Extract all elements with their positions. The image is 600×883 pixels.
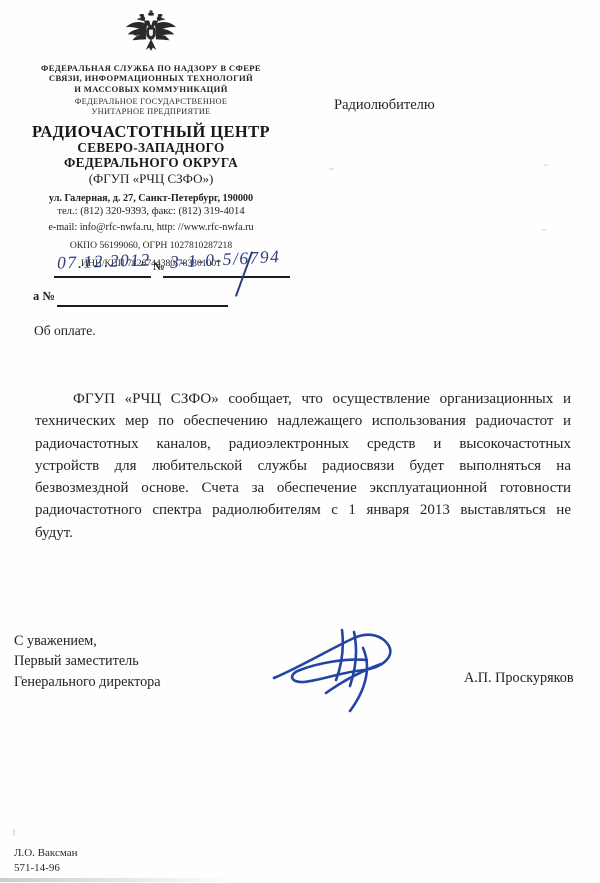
signoff-title-line1: Первый заместитель bbox=[14, 651, 161, 671]
date-underline bbox=[54, 276, 151, 278]
handwritten-signature bbox=[262, 608, 412, 718]
letterhead: ФЕДЕРАЛЬНАЯ СЛУЖБА ПО НАДЗОРУ В СФЕРЕ СВ… bbox=[0, 8, 302, 270]
scan-speck bbox=[329, 168, 334, 170]
executor-name: Л.О. Ваксман bbox=[14, 846, 77, 861]
signoff-block: С уважением, Первый заместитель Генераль… bbox=[14, 631, 161, 692]
org-abbreviation: (ФГУП «РЧЦ СЗФО») bbox=[0, 171, 302, 186]
agency-name: ФЕДЕРАЛЬНАЯ СЛУЖБА ПО НАДЗОРУ В СФЕРЕ СВ… bbox=[0, 63, 302, 94]
number-underline bbox=[163, 276, 290, 278]
executor-phone: 571-14-96 bbox=[14, 861, 77, 876]
org-email-web: e-mail: info@rfc-nwfa.ru, http: //www.rf… bbox=[0, 222, 302, 234]
scanned-letter-page: ФЕДЕРАЛЬНАЯ СЛУЖБА ПО НАДЗОРУ В СФЕРЕ СВ… bbox=[0, 0, 600, 883]
agency-line: СВЯЗИ, ИНФОРМАЦИОННЫХ ТЕХНОЛОГИЙ bbox=[0, 73, 302, 83]
signer-name: А.П. Проскуряков bbox=[464, 670, 574, 687]
scan-speck bbox=[544, 164, 548, 166]
addressee: Радиолюбителю bbox=[334, 97, 435, 114]
agency-line: ФЕДЕРАЛЬНАЯ СЛУЖБА ПО НАДЗОРУ В СФЕРЕ bbox=[0, 63, 302, 73]
agency-line: И МАССОВЫХ КОММУНИКАЦИЙ bbox=[0, 84, 302, 94]
enterprise-line: ФЕДЕРАЛЬНОЕ ГОСУДАРСТВЕННОЕ bbox=[0, 97, 302, 107]
org-name-district: ФЕДЕРАЛЬНОГО ОКРУГА bbox=[0, 156, 302, 171]
org-name-main: РАДИОЧАСТОТНЫЙ ЦЕНТР bbox=[0, 123, 302, 141]
org-address: ул. Галерная, д. 27, Санкт-Петербург, 19… bbox=[0, 193, 302, 205]
reply-reference-prefix: а № bbox=[33, 289, 55, 304]
enterprise-line: УНИТАРНОЕ ПРЕДПРИЯТИЕ bbox=[0, 107, 302, 117]
executor-block: Л.О. Ваксман 571-14-96 bbox=[14, 846, 77, 875]
scan-edge-smudge bbox=[0, 878, 235, 882]
enterprise-type: ФЕДЕРАЛЬНОЕ ГОСУДАРСТВЕННОЕ УНИТАРНОЕ ПР… bbox=[0, 97, 302, 117]
org-phone-fax: тел.: (812) 320-9393, факс: (812) 319-40… bbox=[0, 206, 302, 218]
signoff-title-line2: Генерального директора bbox=[14, 672, 161, 692]
scan-speck bbox=[542, 229, 546, 231]
signoff-closing: С уважением, bbox=[14, 631, 161, 651]
scan-speck bbox=[13, 829, 15, 836]
org-name-region: СЕВЕРО-ЗАПАДНОГО bbox=[0, 141, 302, 156]
number-sign: № bbox=[153, 261, 165, 273]
reply-reference-underline bbox=[57, 305, 228, 307]
handwritten-date: 07.12.2012 bbox=[57, 249, 151, 273]
letter-body: ФГУП «РЧЦ СЗФО» сообщает, что осуществле… bbox=[35, 388, 571, 544]
coat-of-arms-eagle-icon bbox=[122, 8, 180, 60]
subject-line: Об оплате. bbox=[34, 323, 96, 339]
